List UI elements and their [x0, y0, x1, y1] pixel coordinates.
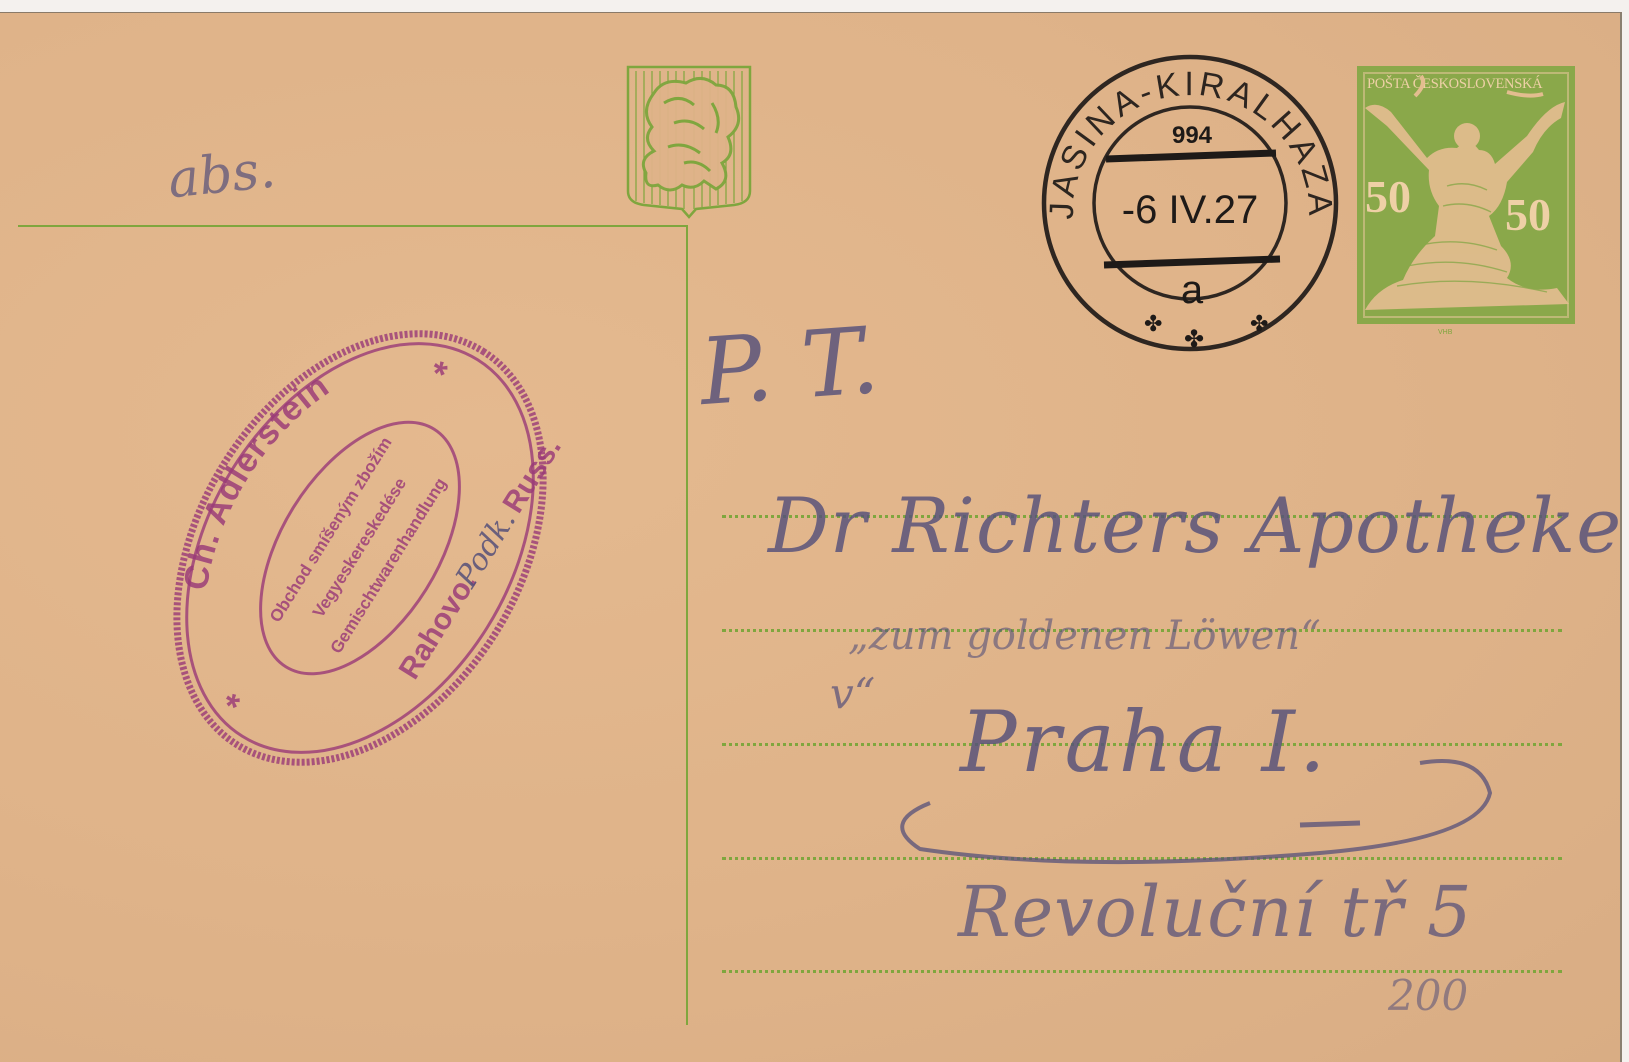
- postmark-letter: a: [1181, 268, 1204, 312]
- address-note: 200: [1388, 971, 1468, 1020]
- address-salutation: P. T.: [696, 307, 882, 426]
- imprinted-stamp: POŠTA ČESKOSLOVENSKÁ 50 50: [1357, 66, 1575, 324]
- coat-of-arms-icon: [624, 63, 754, 218]
- stamp-value-right: 50: [1505, 188, 1551, 241]
- printer-mark: VHB: [1438, 329, 1452, 336]
- address-street: Revoluční tř 5: [958, 871, 1473, 953]
- postmark-ornament: ✤: [1144, 311, 1162, 336]
- postmark-ornament: ✤: [1184, 326, 1204, 353]
- stamp-value-left: 50: [1365, 170, 1411, 223]
- cachet-region: Russ.: [497, 432, 568, 519]
- postmark-date: -6 IV.27: [1122, 188, 1258, 232]
- postmark-number: 994: [1172, 122, 1213, 149]
- sender-divider-line: [18, 225, 688, 227]
- address-line-2: „zum goldenen Löwen“: [848, 613, 1321, 659]
- postcard: abs. POŠTA ČESKOSLOVENSKÁ: [0, 12, 1622, 1062]
- cachet-star: *: [424, 354, 466, 388]
- company-cachet: Ch. Adlerstein Obchod smíšeným zbožím Ve…: [160, 313, 560, 783]
- postmark-ornament: ✤: [1250, 311, 1268, 336]
- address-prefix: v“: [830, 669, 875, 718]
- city-underline-loop: [880, 753, 1520, 873]
- address-divider-line: [686, 225, 688, 1025]
- postmark: JASINA-KIRALHAZA 994 -6 IV.27 a ✤ ✤ ✤: [1040, 47, 1340, 347]
- address-line-1: Dr Richters Apotheke: [768, 481, 1622, 570]
- cachet-star: *: [216, 687, 258, 721]
- sender-note: abs.: [165, 140, 278, 211]
